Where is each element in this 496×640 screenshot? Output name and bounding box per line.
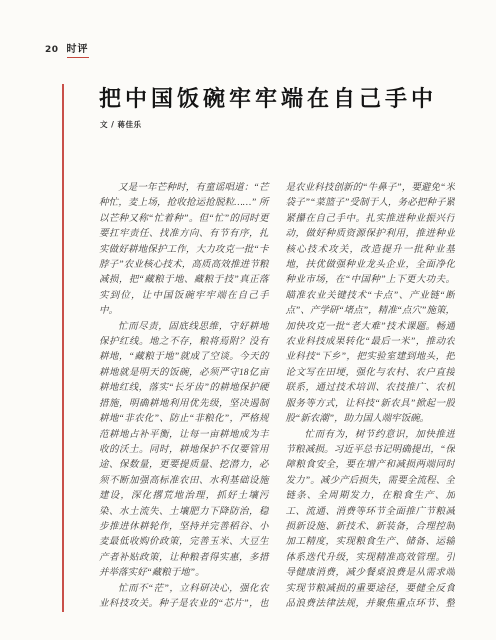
magazine-page: 20 时评 把中国饭碗牢牢端在自己手中 文 / 蒋佳乐 又是一年芒种时，有童谣唱… — [0, 0, 496, 640]
red-vertical-rule — [62, 84, 64, 612]
article-byline: 文 / 蒋佳乐 — [100, 119, 141, 130]
article-body: 又是一年芒种时，有童谣唱道：“芒种忙，麦上场，抢收抢运抢脱粒……” 所以芒种又称… — [99, 181, 455, 613]
page-number: 20 — [45, 45, 59, 55]
page-header: 20 时评 — [45, 40, 89, 58]
article-title: 把中国饭碗牢牢端在自己手中 — [99, 82, 459, 113]
section-label: 时评 — [67, 40, 89, 58]
body-paragraph: 忙而尽责，固底线思维，守好耕地保护红线。地之不存，粮将焉附？没有耕地，“藏粮于地… — [99, 320, 269, 582]
body-paragraph: 又是一年芒种时，有童谣唱道：“芒种忙，麦上场，抢收抢运抢脱粒……” 所以芒种又称… — [99, 181, 269, 320]
